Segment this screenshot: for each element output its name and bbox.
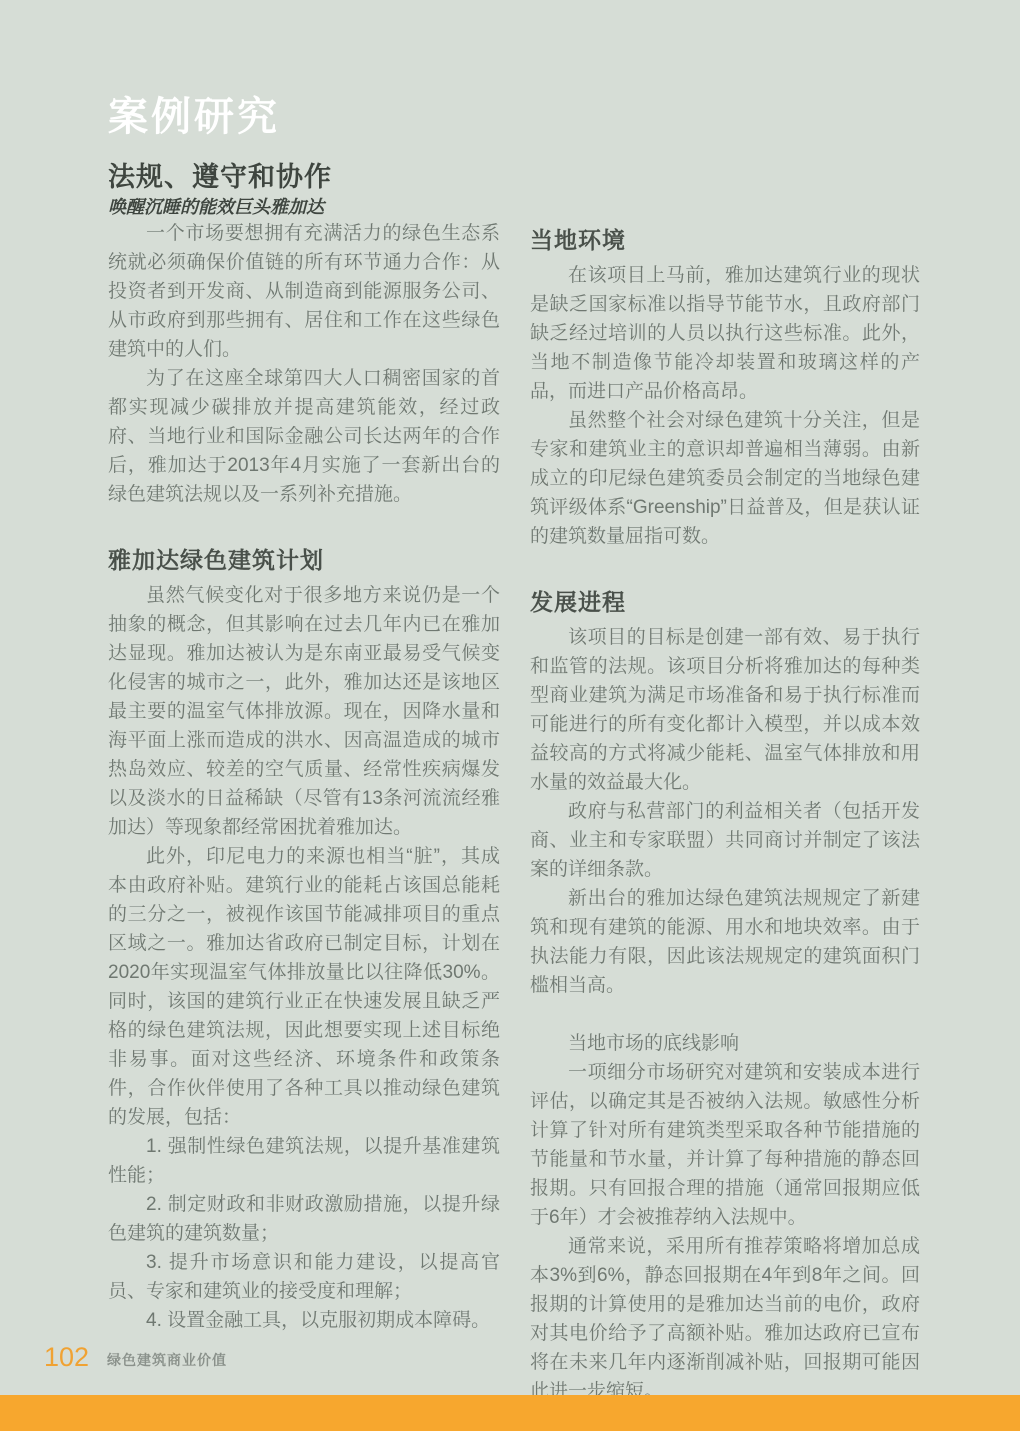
paragraph: 政府与私营部门的利益相关者（包括开发商、业主和专家联盟）共同商讨并制定了该法案的…	[530, 797, 920, 884]
article-subtitle: 唤醒沉睡的能效巨头雅加达	[108, 196, 500, 219]
bottom-accent-bar	[0, 1395, 1020, 1431]
paragraph: 在该项目上马前，雅加达建筑行业的现状是缺乏国家标准以指导节能节水，且政府部门缺乏…	[530, 261, 920, 406]
paragraph: 该项目的目标是创建一部有效、易于执行和监管的法规。该项目分析将雅加达的每种类型商…	[530, 623, 920, 797]
paragraph: 通常来说，采用所有推荐策略将增加总成本3%到6%，静态回报期在4年到8年之间。回…	[530, 1232, 920, 1406]
paragraph: 此外，印尼电力的来源也相当“脏”，其成本由政府补贴。建筑行业的能耗占该国总能耗的…	[108, 842, 500, 1132]
list-item: 3. 提升市场意识和能力建设，以提高官员、专家和建筑业的接受度和理解；	[108, 1248, 500, 1306]
paragraph: 一个市场要想拥有充满活力的绿色生态系统就必须确保价值链的所有环节通力合作：从投资…	[108, 219, 500, 364]
list-item: 4. 设置金融工具，以克服初期成本障碍。	[108, 1306, 500, 1335]
page: 案例研究 法规、遵守和协作 唤醒沉睡的能效巨头雅加达 一个市场要想拥有充满活力的…	[0, 0, 1020, 1431]
section-heading-development-process: 发展进程	[530, 587, 920, 617]
paragraph: 虽然整个社会对绿色建筑十分关注，但是专家和建筑业主的意识却普遍相当薄弱。由新成立…	[530, 406, 920, 551]
list-item: 2. 制定财政和非财政激励措施，以提升绿色建筑的建筑数量；	[108, 1190, 500, 1248]
paragraph: 新出台的雅加达绿色建筑法规规定了新建筑和现有建筑的能源、用水和地块效率。由于执法…	[530, 884, 920, 1000]
right-column: 当地环境 在该项目上马前，雅加达建筑行业的现状是缺乏国家标准以指导节能节水，且政…	[530, 225, 920, 1406]
list-item: 1. 强制性绿色建筑法规，以提升基准建筑性能；	[108, 1132, 500, 1190]
article-title: 法规、遵守和协作	[108, 161, 500, 193]
book-title: 绿色建筑商业价值	[107, 1351, 227, 1369]
section-heading-local-context: 当地环境	[530, 225, 920, 255]
subsection-heading-market-impact: 当地市场的底线影响	[530, 1029, 920, 1058]
section-heading-jakarta-plan: 雅加达绿色建筑计划	[108, 545, 500, 575]
paragraph: 虽然气候变化对于很多地方来说仍是一个抽象的概念，但其影响在过去几年内已在雅加达显…	[108, 581, 500, 842]
page-number: 102	[44, 1342, 89, 1372]
left-column: 案例研究 法规、遵守和协作 唤醒沉睡的能效巨头雅加达 一个市场要想拥有充满活力的…	[108, 95, 500, 1335]
paragraph: 一项细分市场研究对建筑和安装成本进行评估，以确定其是否被纳入法规。敏感性分析计算…	[530, 1058, 920, 1232]
paragraph: 为了在这座全球第四大人口稠密国家的首都实现减少碳排放并提高建筑能效，经过政府、当…	[108, 364, 500, 509]
page-kicker: 案例研究	[108, 95, 500, 139]
